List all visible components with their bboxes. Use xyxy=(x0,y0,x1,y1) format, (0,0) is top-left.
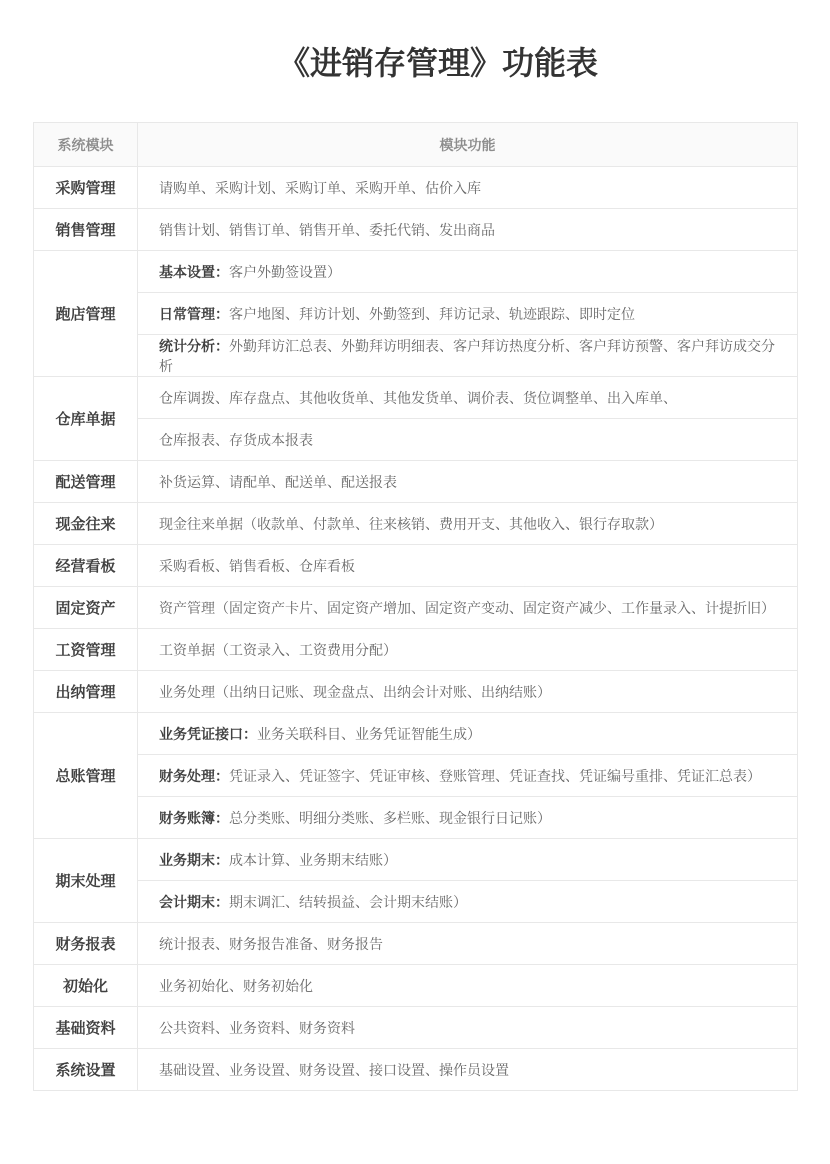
table-row: 统计分析：外勤拜访汇总表、外勤拜访明细表、客户拜访热度分析、客户拜访预警、客户拜… xyxy=(34,335,798,377)
table-row: 工资管理工资单据（工资录入、工资费用分配） xyxy=(34,629,798,671)
table-row: 跑店管理基本设置：客户外勤签设置） xyxy=(34,251,798,293)
function-list-text: 统计报表、财务报告准备、财务报告 xyxy=(159,936,383,952)
function-group-label: 财务账簿： xyxy=(159,810,229,826)
function-list-text: 仓库报表、存货成本报表 xyxy=(159,432,313,448)
module-name-cell: 销售管理 xyxy=(34,209,138,251)
module-name-cell: 工资管理 xyxy=(34,629,138,671)
table-row: 初始化业务初始化、财务初始化 xyxy=(34,965,798,1007)
module-name-cell: 仓库单据 xyxy=(34,377,138,461)
module-name-cell: 出纳管理 xyxy=(34,671,138,713)
module-function-cell: 基础设置、业务设置、财务设置、接口设置、操作员设置 xyxy=(138,1049,798,1091)
module-function-cell: 日常管理：客户地图、拜访计划、外勤签到、拜访记录、轨迹跟踪、即时定位 xyxy=(138,293,798,335)
module-name-cell: 总账管理 xyxy=(34,713,138,839)
table-row: 基础资料公共资料、业务资料、财务资料 xyxy=(34,1007,798,1049)
module-name-cell: 采购管理 xyxy=(34,167,138,209)
module-name-cell: 经营看板 xyxy=(34,545,138,587)
function-group-label: 财务处理： xyxy=(159,768,229,784)
function-group-label: 会计期末： xyxy=(159,894,229,910)
table-row: 出纳管理业务处理（出纳日记账、现金盘点、出纳会计对账、出纳结账） xyxy=(34,671,798,713)
table-row: 期末处理业务期末：成本计算、业务期末结账） xyxy=(34,839,798,881)
table-row: 财务报表统计报表、财务报告准备、财务报告 xyxy=(34,923,798,965)
function-list-text: 现金往来单据（收款单、付款单、往来核销、费用开支、其他收入、银行存取款） xyxy=(159,516,663,532)
function-list-text: 工资单据（工资录入、工资费用分配） xyxy=(159,642,397,658)
module-name-cell: 系统设置 xyxy=(34,1049,138,1091)
page-title: 《进销存管理》功能表 xyxy=(0,0,830,82)
function-list-text: 成本计算、业务期末结账） xyxy=(229,852,397,868)
column-header-module-function: 模块功能 xyxy=(138,123,798,167)
table-body: 采购管理请购单、采购计划、采购订单、采购开单、估价入库销售管理销售计划、销售订单… xyxy=(34,167,798,1091)
table-row: 财务处理：凭证录入、凭证签字、凭证审核、登账管理、凭证查找、凭证编号重排、凭证汇… xyxy=(34,755,798,797)
function-list-text: 补货运算、请配单、配送单、配送报表 xyxy=(159,474,397,490)
table-row: 系统设置基础设置、业务设置、财务设置、接口设置、操作员设置 xyxy=(34,1049,798,1091)
function-list-text: 仓库调拨、库存盘点、其他收货单、其他发货单、调价表、货位调整单、出入库单、 xyxy=(159,390,677,406)
module-name-cell: 配送管理 xyxy=(34,461,138,503)
table-row: 采购管理请购单、采购计划、采购订单、采购开单、估价入库 xyxy=(34,167,798,209)
function-list-text: 销售计划、销售订单、销售开单、委托代销、发出商品 xyxy=(159,222,495,238)
module-function-cell: 资产管理（固定资产卡片、固定资产增加、固定资产变动、固定资产减少、工作量录入、计… xyxy=(138,587,798,629)
module-function-cell: 仓库报表、存货成本报表 xyxy=(138,419,798,461)
module-function-cell: 业务期末：成本计算、业务期末结账） xyxy=(138,839,798,881)
function-list-text: 客户地图、拜访计划、外勤签到、拜访记录、轨迹跟踪、即时定位 xyxy=(229,306,635,322)
module-function-cell: 工资单据（工资录入、工资费用分配） xyxy=(138,629,798,671)
function-list-text: 资产管理（固定资产卡片、固定资产增加、固定资产变动、固定资产减少、工作量录入、计… xyxy=(159,600,775,616)
table-header-row: 系统模块 模块功能 xyxy=(34,123,798,167)
function-list-text: 采购看板、销售看板、仓库看板 xyxy=(159,558,355,574)
function-list-text: 公共资料、业务资料、财务资料 xyxy=(159,1020,355,1036)
function-list-text: 请购单、采购计划、采购订单、采购开单、估价入库 xyxy=(159,180,481,196)
module-name-cell: 财务报表 xyxy=(34,923,138,965)
document-page: 《进销存管理》功能表 系统模块 模块功能 采购管理请购单、采购计划、采购订单、采… xyxy=(0,0,830,1091)
table-row: 现金往来现金往来单据（收款单、付款单、往来核销、费用开支、其他收入、银行存取款） xyxy=(34,503,798,545)
module-function-cell: 会计期末：期末调汇、结转损益、会计期末结账） xyxy=(138,881,798,923)
module-name-cell: 初始化 xyxy=(34,965,138,1007)
function-group-label: 业务期末： xyxy=(159,852,229,868)
function-list-text: 业务初始化、财务初始化 xyxy=(159,978,313,994)
module-name-cell: 基础资料 xyxy=(34,1007,138,1049)
module-function-cell: 业务初始化、财务初始化 xyxy=(138,965,798,1007)
function-list-text: 总分类账、明细分类账、多栏账、现金银行日记账） xyxy=(229,810,551,826)
table-row: 销售管理销售计划、销售订单、销售开单、委托代销、发出商品 xyxy=(34,209,798,251)
module-function-cell: 仓库调拨、库存盘点、其他收货单、其他发货单、调价表、货位调整单、出入库单、 xyxy=(138,377,798,419)
module-name-cell: 期末处理 xyxy=(34,839,138,923)
function-list-text: 期末调汇、结转损益、会计期末结账） xyxy=(229,894,467,910)
table-row: 配送管理补货运算、请配单、配送单、配送报表 xyxy=(34,461,798,503)
module-function-cell: 统计报表、财务报告准备、财务报告 xyxy=(138,923,798,965)
function-list-text: 业务处理（出纳日记账、现金盘点、出纳会计对账、出纳结账） xyxy=(159,684,551,700)
function-list-text: 外勤拜访汇总表、外勤拜访明细表、客户拜访热度分析、客户拜访预警、客户拜访成交分析 xyxy=(159,338,775,374)
function-group-label: 业务凭证接口： xyxy=(159,726,257,742)
module-function-cell: 采购看板、销售看板、仓库看板 xyxy=(138,545,798,587)
function-group-label: 统计分析： xyxy=(159,338,229,354)
table-row: 会计期末：期末调汇、结转损益、会计期末结账） xyxy=(34,881,798,923)
module-name-cell: 跑店管理 xyxy=(34,251,138,377)
table-row: 日常管理：客户地图、拜访计划、外勤签到、拜访记录、轨迹跟踪、即时定位 xyxy=(34,293,798,335)
module-function-cell: 财务账簿：总分类账、明细分类账、多栏账、现金银行日记账） xyxy=(138,797,798,839)
function-list-text: 业务关联科目、业务凭证智能生成） xyxy=(257,726,481,742)
table-row: 财务账簿：总分类账、明细分类账、多栏账、现金银行日记账） xyxy=(34,797,798,839)
module-function-cell: 业务处理（出纳日记账、现金盘点、出纳会计对账、出纳结账） xyxy=(138,671,798,713)
module-function-cell: 财务处理：凭证录入、凭证签字、凭证审核、登账管理、凭证查找、凭证编号重排、凭证汇… xyxy=(138,755,798,797)
table-row: 经营看板采购看板、销售看板、仓库看板 xyxy=(34,545,798,587)
function-list-text: 基础设置、业务设置、财务设置、接口设置、操作员设置 xyxy=(159,1062,509,1078)
module-name-cell: 固定资产 xyxy=(34,587,138,629)
function-group-label: 基本设置： xyxy=(159,264,229,280)
module-name-cell: 现金往来 xyxy=(34,503,138,545)
table-row: 总账管理业务凭证接口：业务关联科目、业务凭证智能生成） xyxy=(34,713,798,755)
module-function-cell: 补货运算、请配单、配送单、配送报表 xyxy=(138,461,798,503)
function-group-label: 日常管理： xyxy=(159,306,229,322)
module-function-cell: 公共资料、业务资料、财务资料 xyxy=(138,1007,798,1049)
module-function-cell: 统计分析：外勤拜访汇总表、外勤拜访明细表、客户拜访热度分析、客户拜访预警、客户拜… xyxy=(138,335,798,377)
column-header-system-module: 系统模块 xyxy=(34,123,138,167)
function-list-text: 客户外勤签设置） xyxy=(229,264,341,280)
module-function-cell: 业务凭证接口：业务关联科目、业务凭证智能生成） xyxy=(138,713,798,755)
function-list-text: 凭证录入、凭证签字、凭证审核、登账管理、凭证查找、凭证编号重排、凭证汇总表） xyxy=(229,768,761,784)
function-table: 系统模块 模块功能 采购管理请购单、采购计划、采购订单、采购开单、估价入库销售管… xyxy=(33,122,798,1091)
table-row: 仓库报表、存货成本报表 xyxy=(34,419,798,461)
module-function-cell: 基本设置：客户外勤签设置） xyxy=(138,251,798,293)
module-function-cell: 现金往来单据（收款单、付款单、往来核销、费用开支、其他收入、银行存取款） xyxy=(138,503,798,545)
table-row: 固定资产资产管理（固定资产卡片、固定资产增加、固定资产变动、固定资产减少、工作量… xyxy=(34,587,798,629)
module-function-cell: 销售计划、销售订单、销售开单、委托代销、发出商品 xyxy=(138,209,798,251)
module-function-cell: 请购单、采购计划、采购订单、采购开单、估价入库 xyxy=(138,167,798,209)
table-row: 仓库单据仓库调拨、库存盘点、其他收货单、其他发货单、调价表、货位调整单、出入库单… xyxy=(34,377,798,419)
